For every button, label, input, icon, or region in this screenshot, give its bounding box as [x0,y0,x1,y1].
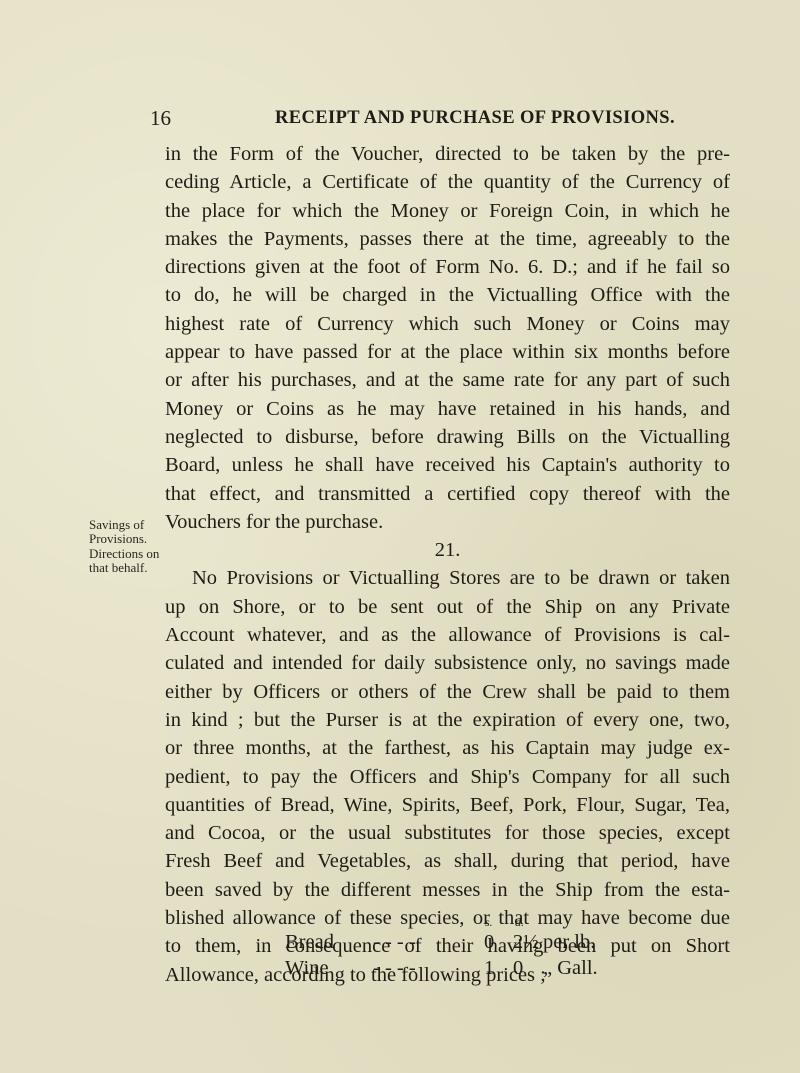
text-line: the place for which the Money or Foreign… [165,197,730,225]
running-title: RECEIPT AND PURCHASE OF PROVISIONS. [200,108,750,129]
text-line: to them, in consequence of their having … [165,932,730,960]
text-line: Account whatever, and as the allowance o… [165,621,730,649]
text-line: neglected to disburse, before drawing Bi… [165,423,730,451]
text-line: ceding Article, a Certificate of the qua… [165,168,730,196]
text-line: been saved by the different messes in th… [165,876,730,904]
text-line: appear to have passed for at the place w… [165,338,730,366]
text-line: Board, unless he shall have received his… [165,451,730,479]
text-line: No Provisions or Victualling Stores are … [165,564,730,592]
text-line: blished allowance of these species, or t… [165,904,730,932]
text-line: in kind ; but the Purser is at the expir… [165,706,730,734]
item-name: Bread [285,931,334,954]
text-line: Fresh Beef and Vegetables, as shall, dur… [165,847,730,875]
dot-leaders: - - - - [373,931,416,954]
text-line: makes the Payments, passes there at the … [165,225,730,253]
marginal-line: Provisions. [89,532,147,546]
book-page: 16 RECEIPT AND PURCHASE OF PROVISIONS. i… [0,0,800,1073]
running-head: 16 RECEIPT AND PURCHASE OF PROVISIONS. [150,106,750,136]
marginal-note-directions: Directions on that behalf. [89,547,159,574]
text-line: directions given at the foot of Form No.… [165,253,730,281]
text-line: culated and intended for daily subsisten… [165,649,730,677]
section-number: 21. [165,536,730,564]
shillings-value: 0 [484,931,494,954]
dot-leaders: - - - - [373,957,416,980]
text-line: either by Officers or others of the Crew… [165,678,730,706]
text-line: quantities of Bread, Wine, Spirits, Beef… [165,791,730,819]
page-number: 16 [150,106,171,131]
text-line: Vouchers for the purchase. [165,508,730,536]
pence-value: 0 [513,957,523,980]
unit: „ Gall. [543,957,598,980]
text-line: highest rate of Currency which such Mone… [165,310,730,338]
pence-header: d. [515,915,524,930]
unit: per lb. [543,931,595,954]
text-line: in the Form of the Voucher, directed to … [165,140,730,168]
text-line: to do, he will be charged in the Victual… [165,281,730,309]
text-line: or three months, at the farthest, as his… [165,734,730,762]
text-line: that effect, and transmitted a certified… [165,480,730,508]
marginal-line: that behalf. [89,561,159,575]
marginal-line: Savings of [89,518,147,532]
marginal-line: Directions on [89,547,159,561]
text-line: Allowance, according to the following pr… [165,961,730,989]
text-line: and Cocoa, or the usual substitutes for … [165,819,730,847]
shillings-value: 1 [484,957,494,980]
shillings-header: s. [485,915,493,930]
text-line: or after his purchases, and at the same … [165,366,730,394]
text-line: up on Shore, or to be sent out of the Sh… [165,593,730,621]
item-name: Wine [285,957,329,980]
pence-value: 2½ [513,931,539,954]
marginal-note-savings: Savings of Provisions. [89,518,147,545]
body-text: in the Form of the Voucher, directed to … [165,140,730,989]
text-line: Money or Coins as he may have retained i… [165,395,730,423]
text-line: pedient, to pay the Officers and Ship's … [165,763,730,791]
